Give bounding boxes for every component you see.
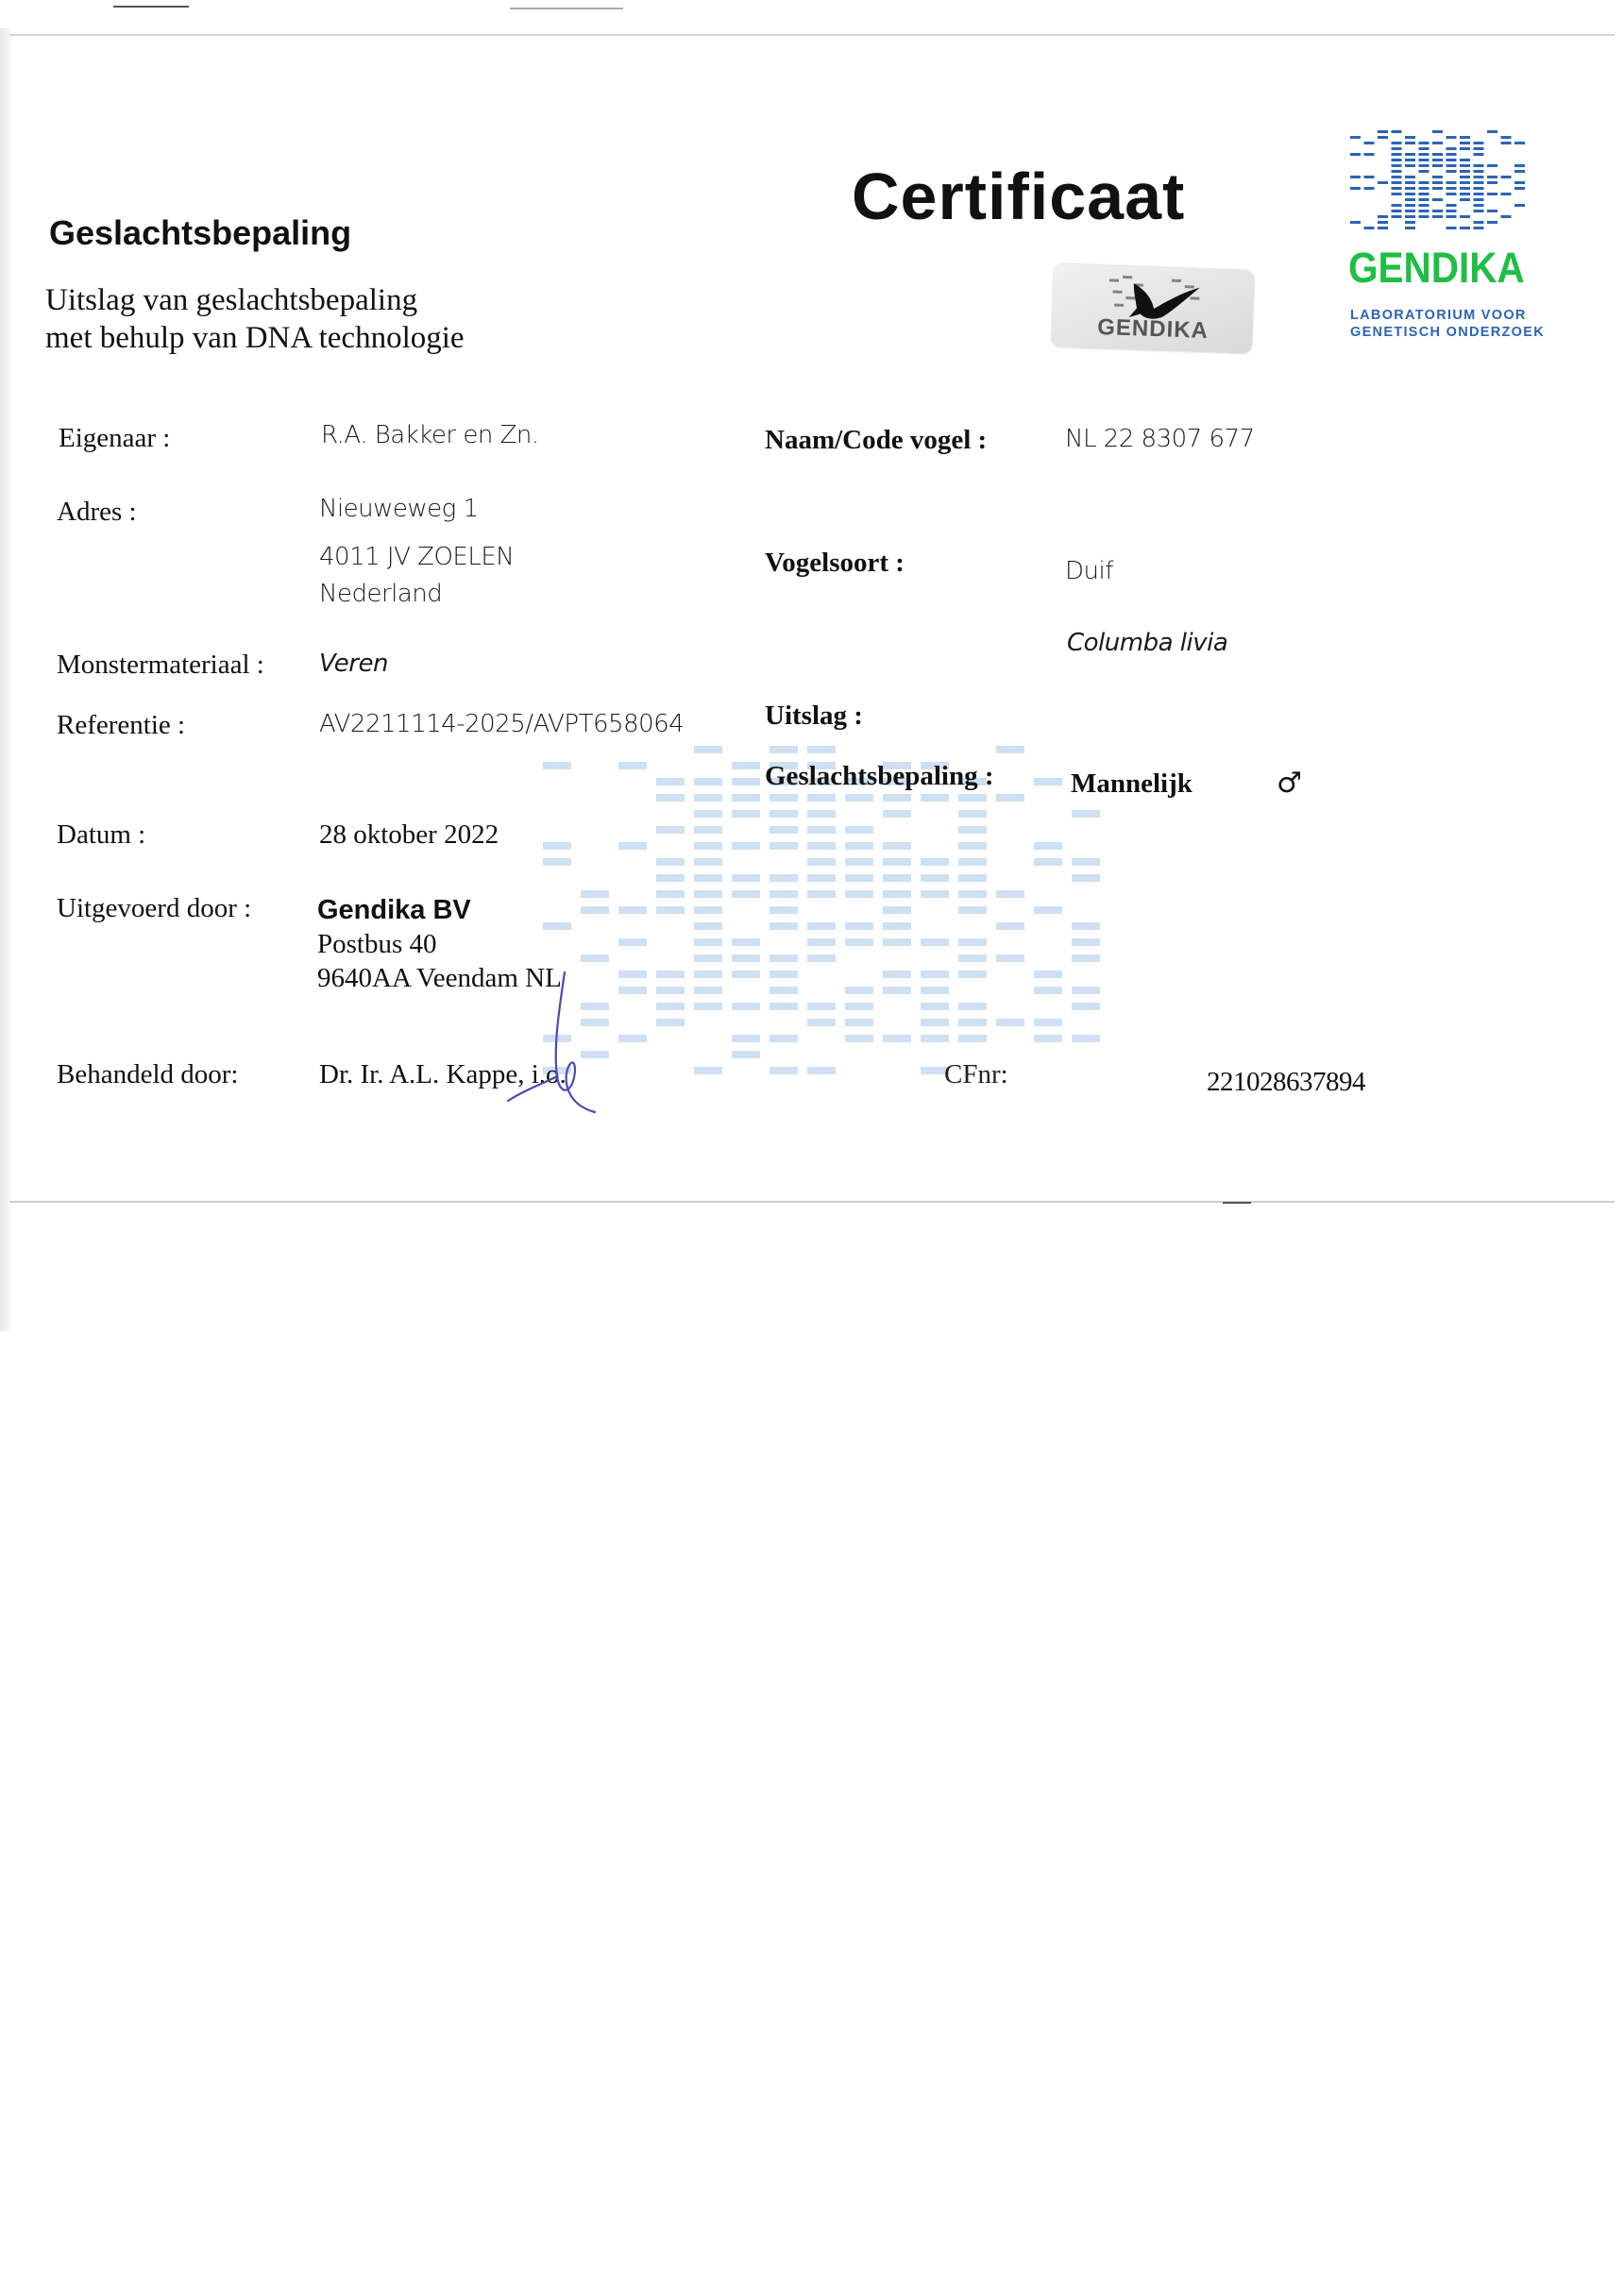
gendika-logo-icon — [1350, 130, 1530, 234]
performed-by-company: Gendika BV — [317, 895, 471, 926]
material-value: Veren — [319, 650, 388, 678]
handled-by-label: Behandeld door: — [57, 1059, 238, 1090]
seal-text: GENDIKA — [1097, 314, 1210, 345]
sex-value: Mannelijk — [1071, 768, 1193, 800]
material-label: Monstermateriaal : — [57, 650, 264, 681]
address-line-1: Nieuweweg 1 — [319, 495, 479, 523]
dna-watermark-icon — [543, 746, 1100, 1086]
scan-page-edge — [0, 28, 11, 1331]
reference-label: Referentie : — [57, 710, 185, 741]
hologram-seal: GENDIKA — [1052, 263, 1255, 353]
sex-label: Geslachtsbepaling : — [765, 761, 994, 792]
cfnr-label: CFnr: — [944, 1059, 1008, 1090]
logo-tagline-line1: LABORATORIUM VOOR — [1350, 308, 1527, 323]
logo-name: GENDIKA — [1348, 244, 1525, 293]
owner-value: R.A. Bakker en Zn. — [321, 421, 539, 449]
species-label: Vogelsoort : — [765, 548, 905, 579]
bird-code-value: NL 22 8307 677 — [1065, 425, 1255, 453]
scan-bottom-border — [9, 1201, 1615, 1203]
logo-tagline-line2: GENETISCH ONDERZOEK — [1350, 325, 1545, 340]
performed-by-label: Uitgevoerd door : — [57, 893, 251, 924]
bird-code-label: Naam/Code vogel : — [765, 425, 987, 456]
reference-value: AV2211114-2025/AVPT658064 — [319, 710, 684, 738]
owner-label: Eigenaar : — [59, 423, 170, 454]
address-line-3: Nederland — [319, 580, 442, 608]
scan-artifact — [113, 6, 189, 8]
signature-icon — [491, 963, 614, 1114]
result-label: Uitslag : — [765, 701, 863, 732]
date-label: Datum : — [57, 819, 145, 851]
address-label: Adres : — [57, 497, 137, 528]
male-symbol-icon: ♂ — [1277, 767, 1302, 800]
scan-top-border — [9, 34, 1615, 36]
certificate-title: Certificaat — [852, 159, 1185, 234]
species-common: Duif — [1065, 557, 1113, 585]
address-line-2: 4011 JV ZOELEN — [319, 543, 514, 571]
date-value: 28 oktober 2022 — [319, 819, 499, 851]
certificate-subtitle-line2: met behulp van DNA technologie — [45, 319, 465, 357]
performed-by-line-1: Postbus 40 — [317, 929, 437, 960]
scan-artifact — [1223, 1202, 1251, 1204]
certificate-subtitle-line1: Uitslag van geslachtsbepaling — [45, 281, 417, 319]
scan-artifact — [510, 8, 623, 9]
species-latin: Columba livia — [1067, 629, 1227, 657]
certificate-heading: Geslachtsbepaling — [49, 213, 351, 253]
cfnr-value: 221028637894 — [1207, 1067, 1365, 1098]
